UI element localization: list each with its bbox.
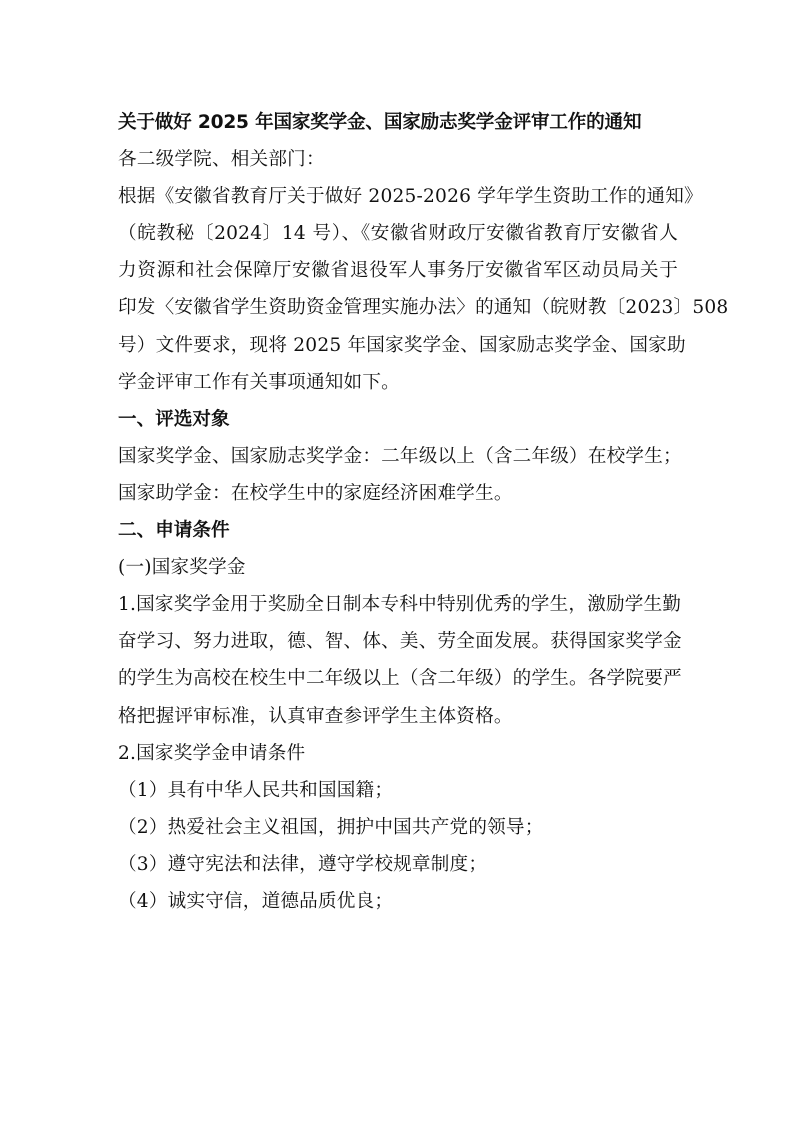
item1-paragraph: 1.国家奖学金用于奖励全日制本专科中特别优秀的学生，激励学生勤 奋学习、努力进取…: [118, 586, 678, 734]
intro-line: 根据《安徽省教育厅关于做好 2025-2026 学年学生资助工作的通知》: [118, 178, 678, 215]
intro-line: 力资源和社会保障厅安徽省退役军人事务厅安徽省军区动员局关于: [118, 252, 678, 289]
item2-heading: 2.国家奖学金申请条件: [118, 735, 678, 772]
item1-line: 奋学习、努力进取，德、智、体、美、劳全面发展。获得国家奖学金: [118, 623, 678, 660]
salutation: 各二级学院、相关部门：: [118, 141, 678, 178]
item1-line: 格把握评审标准，认真审查参评学生主体资格。: [118, 698, 678, 735]
intro-line: 学金评审工作有关事项通知如下。: [118, 364, 678, 401]
intro-line: 号）文件要求，现将 2025 年国家奖学金、国家励志奖学金、国家助: [118, 327, 678, 364]
item1-line: 的学生为高校在校生中二年级以上（含二年级）的学生。各学院要严: [118, 660, 678, 697]
conditions-list: （1）具有中华人民共和国国籍； （2）热爱社会主义祖国，拥护中国共产党的领导； …: [118, 772, 678, 920]
subheading-national-scholarship: (一)国家奖学金: [118, 549, 678, 586]
item1-line: 1.国家奖学金用于奖励全日制本专科中特别优秀的学生，激励学生勤: [118, 586, 678, 623]
condition-item: （4）诚实守信，道德品质优良；: [118, 883, 678, 920]
condition-item: （3）遵守宪法和法律，遵守学校规章制度；: [118, 846, 678, 883]
section1-line: 国家奖学金、国家励志奖学金：二年级以上（含二年级）在校学生；: [118, 438, 678, 475]
intro-line: 印发〈安徽省学生资助资金管理实施办法〉的通知（皖财教〔2023〕508: [118, 289, 678, 326]
condition-item: （2）热爱社会主义祖国，拥护中国共产党的领导；: [118, 809, 678, 846]
section-heading-conditions: 二、申请条件: [118, 512, 678, 549]
document-page: 关于做好 2025 年国家奖学金、国家励志奖学金评审工作的通知 各二级学院、相关…: [118, 104, 678, 920]
document-title: 关于做好 2025 年国家奖学金、国家励志奖学金评审工作的通知: [118, 104, 678, 141]
section1-line: 国家助学金：在校学生中的家庭经济困难学生。: [118, 475, 678, 512]
section-heading-eligibility: 一、评选对象: [118, 401, 678, 438]
intro-paragraph: 根据《安徽省教育厅关于做好 2025-2026 学年学生资助工作的通知》 （皖教…: [118, 178, 678, 401]
intro-line: （皖教秘〔2024〕14 号）、《安徽省财政厅安徽省教育厅安徽省人: [118, 215, 678, 252]
condition-item: （1）具有中华人民共和国国籍；: [118, 772, 678, 809]
